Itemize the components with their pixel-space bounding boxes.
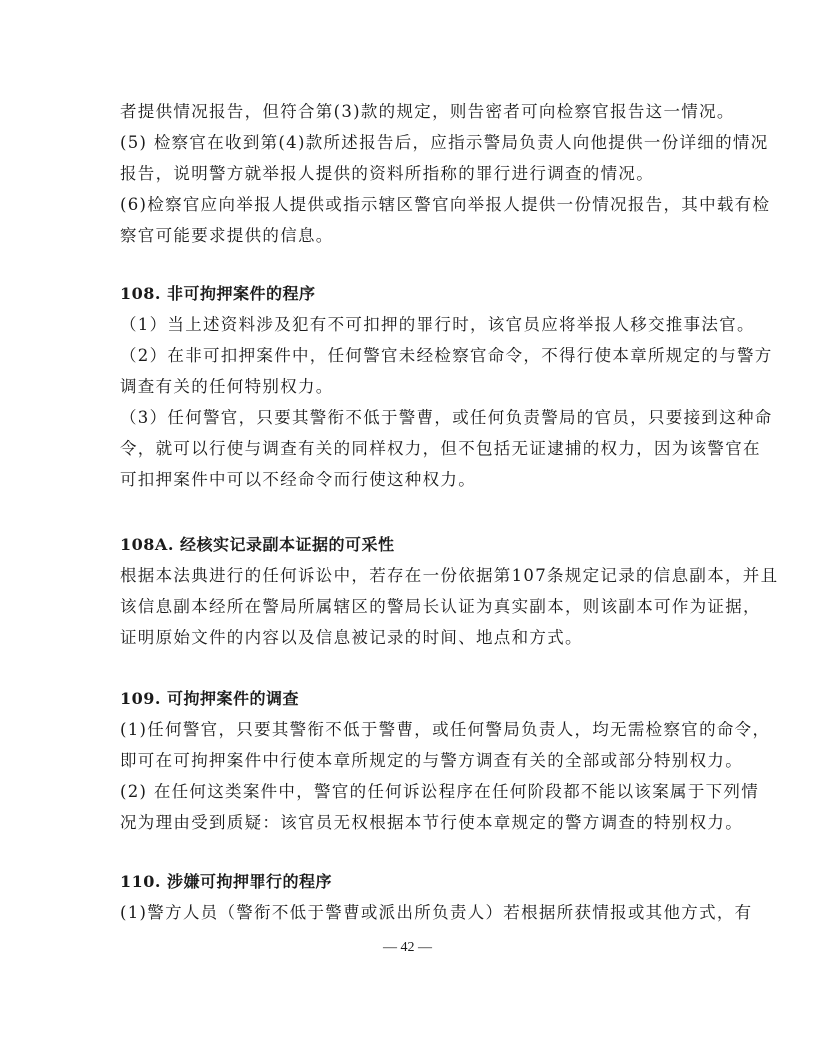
body-line: 报告，说明警方就举报人提供的资料所指称的罪行进行调查的情况。: [120, 163, 705, 185]
body-line: 察官可能要求提供的信息。: [120, 225, 705, 247]
body-line: (2) 在任何这类案件中，警官的任何诉讼程序在任何阶段都不能以该案属于下列情: [120, 781, 705, 803]
document-page: 者提供情况报告，但符合第(3)款的规定，则告密者可向检察官报告这一情况。 (5)…: [0, 0, 815, 1055]
body-line: （3）任何警官，只要其警衔不低于警曹，或任何负责警局的官员，只要接到这种命: [120, 407, 705, 429]
body-line: (6)检察官应向举报人提供或指示辖区警官向举报人提供一份情况报告，其中载有检: [120, 194, 705, 216]
section-heading-109: 109. 可拘押案件的调查: [120, 688, 705, 710]
body-line: (1)任何警官，只要其警衔不低于警曹，或任何警局负责人，均无需检察官的命令，: [120, 719, 705, 741]
body-line: 证明原始文件的内容以及信息被记录的时间、地点和方式。: [120, 627, 705, 649]
body-line: 调查有关的任何特别权力。: [120, 376, 705, 398]
section-heading-108a: 108A. 经核实记录副本证据的可采性: [120, 534, 705, 556]
body-line: 况为理由受到质疑：该官员无权根据本节行使本章规定的警方调查的特别权力。: [120, 812, 705, 834]
body-line: 该信息副本经所在警局所属辖区的警局长认证为真实副本，则该副本可作为证据，: [120, 596, 705, 618]
body-line: 即可在可拘押案件中行使本章所规定的与警方调查有关的全部或部分特别权力。: [120, 750, 705, 772]
body-line: 令，就可以行使与调查有关的同样权力，但不包括无证逮捕的权力，因为该警官在: [120, 438, 705, 460]
section-heading-110: 110. 涉嫌可拘押罪行的程序: [120, 871, 705, 893]
body-line: （2）在非可扣押案件中，任何警官未经检察官命令，不得行使本章所规定的与警方: [120, 345, 705, 367]
page-number: — 42 —: [0, 940, 815, 956]
body-line: (1)警方人员（警衔不低于警曹或派出所负责人）若根据所获情报或其他方式，有: [120, 902, 705, 924]
body-line: (5) 检察官在收到第(4)款所述报告后，应指示警局负责人向他提供一份详细的情况: [120, 132, 705, 154]
body-line: （1）当上述资料涉及犯有不可扣押的罪行时，该官员应将举报人移交推事法官。: [120, 314, 705, 336]
section-heading-108: 108. 非可拘押案件的程序: [120, 283, 705, 305]
body-line: 者提供情况报告，但符合第(3)款的规定，则告密者可向检察官报告这一情况。: [120, 101, 705, 123]
body-line: 根据本法典进行的任何诉讼中，若存在一份依据第107条规定记录的信息副本，并且: [120, 565, 705, 587]
body-line: 可扣押案件中可以不经命令而行使这种权力。: [120, 469, 705, 491]
